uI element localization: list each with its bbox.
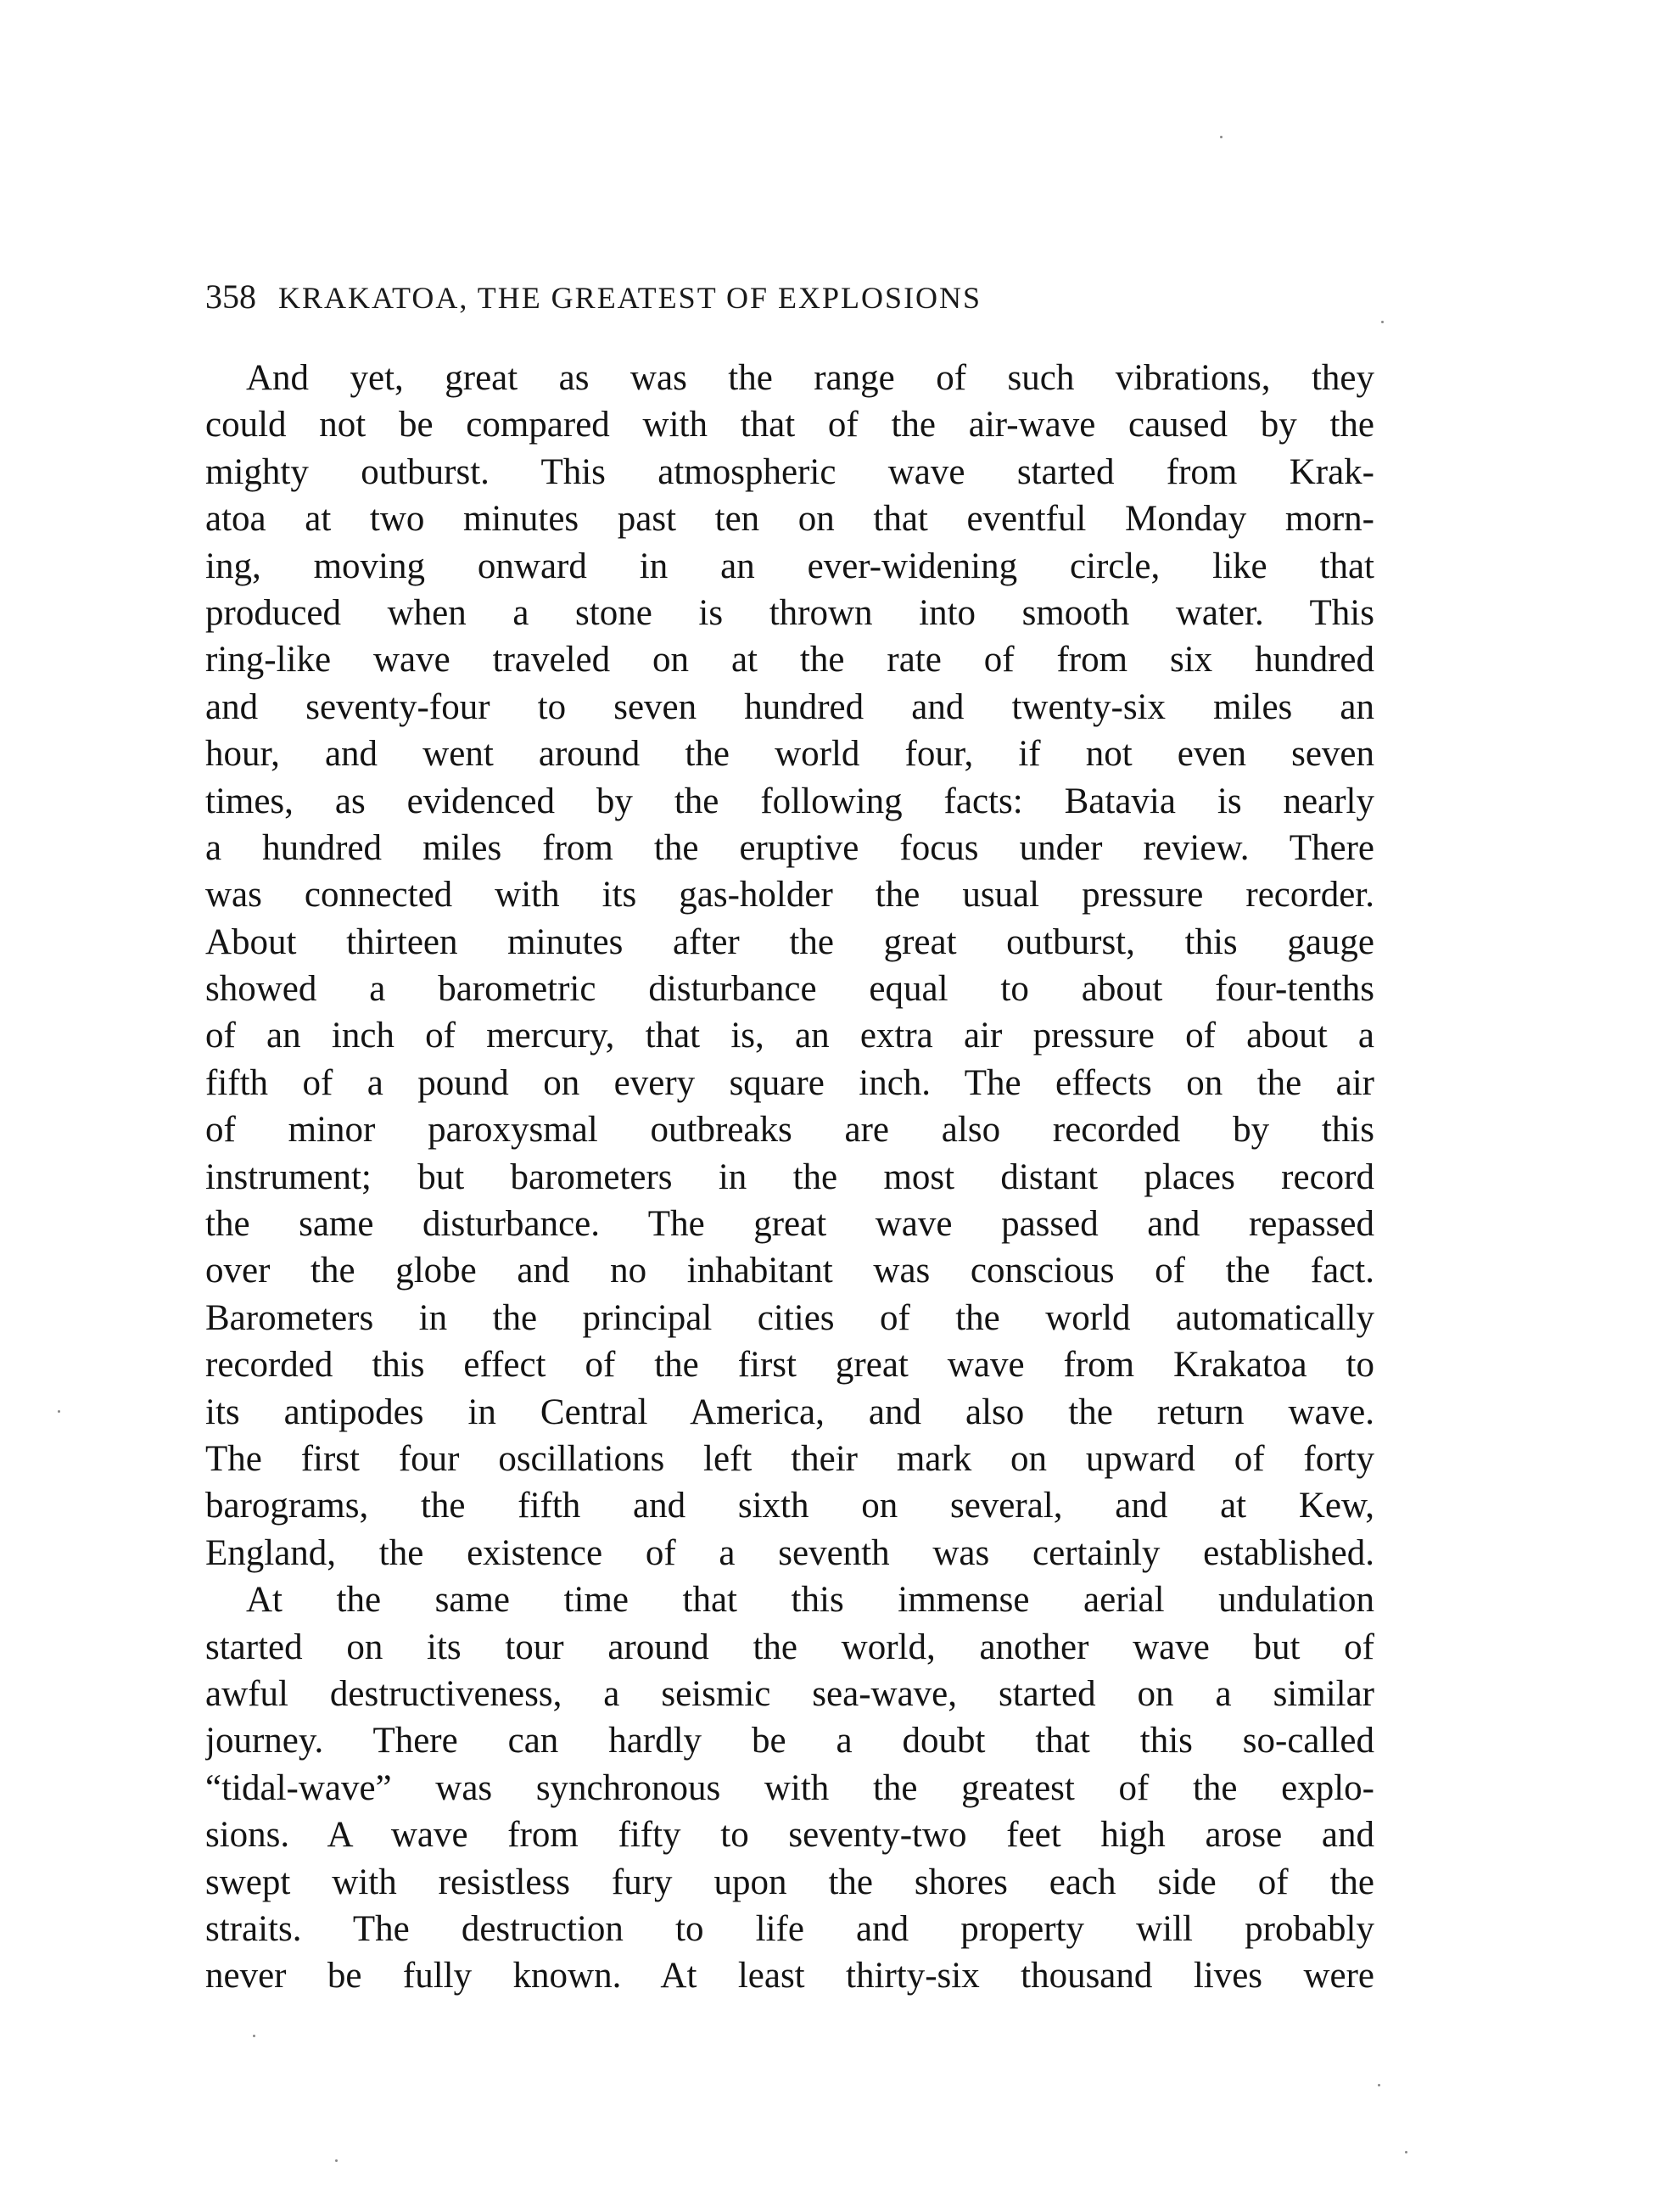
- paragraph-2: At the same time that this immense aeria…: [205, 1576, 1374, 2000]
- text-line: straits. The destruction to life and pro…: [205, 1906, 1374, 1952]
- scan-speck: [58, 1410, 60, 1413]
- text-line: the same disturbance. The great wave pas…: [205, 1201, 1374, 1247]
- text-line: barograms, the fifth and sixth on severa…: [205, 1482, 1374, 1529]
- scan-speck: [1405, 2151, 1407, 2153]
- text-line: The first four oscillations left their m…: [205, 1436, 1374, 1482]
- text-line: About thirteen minutes after the great o…: [205, 919, 1374, 966]
- text-line: mighty outburst. This atmospheric wave s…: [205, 449, 1374, 496]
- scan-speck: [253, 2035, 255, 2037]
- text-line: instrument; but barometers in the most d…: [205, 1154, 1374, 1201]
- text-line: its antipodes in Central America, and al…: [205, 1389, 1374, 1436]
- body-text: And yet, great as was the range of such …: [205, 355, 1374, 2000]
- text-line: started on its tour around the world, an…: [205, 1624, 1374, 1671]
- text-line: ring-like wave traveled on at the rate o…: [205, 636, 1374, 683]
- text-line: could not be compared with that of the a…: [205, 401, 1374, 448]
- text-line: ing, moving onward in an ever-widening c…: [205, 543, 1374, 590]
- text-line: journey. There can hardly be a doubt tha…: [205, 1717, 1374, 1764]
- text-line: and seventy-four to seven hundred and tw…: [205, 684, 1374, 731]
- scan-speck: [1378, 2084, 1380, 2086]
- text-line: a hundred miles from the eruptive focus …: [205, 825, 1374, 871]
- text-line: hour, and went around the world four, if…: [205, 731, 1374, 777]
- text-line: At the same time that this immense aeria…: [205, 1576, 1374, 1623]
- text-line: Barometers in the principal cities of th…: [205, 1295, 1374, 1341]
- running-head-title: KRAKATOA, THE GREATEST OF EXPLOSIONS: [278, 280, 982, 316]
- text-line: never be fully known. At least thirty-si…: [205, 1952, 1374, 1999]
- scan-speck: [1220, 136, 1223, 138]
- text-line: times, as evidenced by the following fac…: [205, 778, 1374, 825]
- text-line: England, the existence of a seventh was …: [205, 1530, 1374, 1576]
- text-line: of minor paroxysmal outbreaks are also r…: [205, 1106, 1374, 1153]
- scan-speck: [335, 2159, 338, 2162]
- page-number: 358: [205, 277, 256, 316]
- text-line: of an inch of mercury, that is, an extra…: [205, 1012, 1374, 1059]
- text-line: swept with resistless fury upon the shor…: [205, 1859, 1374, 1906]
- text-line: sions. A wave from fifty to seventy-two …: [205, 1812, 1374, 1858]
- text-line: And yet, great as was the range of such …: [205, 355, 1374, 401]
- scan-speck: [1381, 321, 1384, 323]
- paragraph-1: And yet, great as was the range of such …: [205, 355, 1374, 1576]
- running-head: 358 KRAKATOA, THE GREATEST OF EXPLOSIONS: [205, 277, 1376, 328]
- text-line: showed a barometric disturbance equal to…: [205, 966, 1374, 1012]
- text-line: awful destructiveness, a seismic sea-wav…: [205, 1671, 1374, 1717]
- text-line: was connected with its gas-holder the us…: [205, 871, 1374, 918]
- book-page: 358 KRAKATOA, THE GREATEST OF EXPLOSIONS…: [0, 0, 1673, 2212]
- text-line: over the globe and no inhabitant was con…: [205, 1247, 1374, 1294]
- text-line: produced when a stone is thrown into smo…: [205, 590, 1374, 636]
- text-line: fifth of a pound on every square inch. T…: [205, 1060, 1374, 1106]
- text-line: atoa at two minutes past ten on that eve…: [205, 496, 1374, 542]
- text-line: recorded this effect of the first great …: [205, 1341, 1374, 1388]
- text-line: “tidal-wave” was synchronous with the gr…: [205, 1765, 1374, 1812]
